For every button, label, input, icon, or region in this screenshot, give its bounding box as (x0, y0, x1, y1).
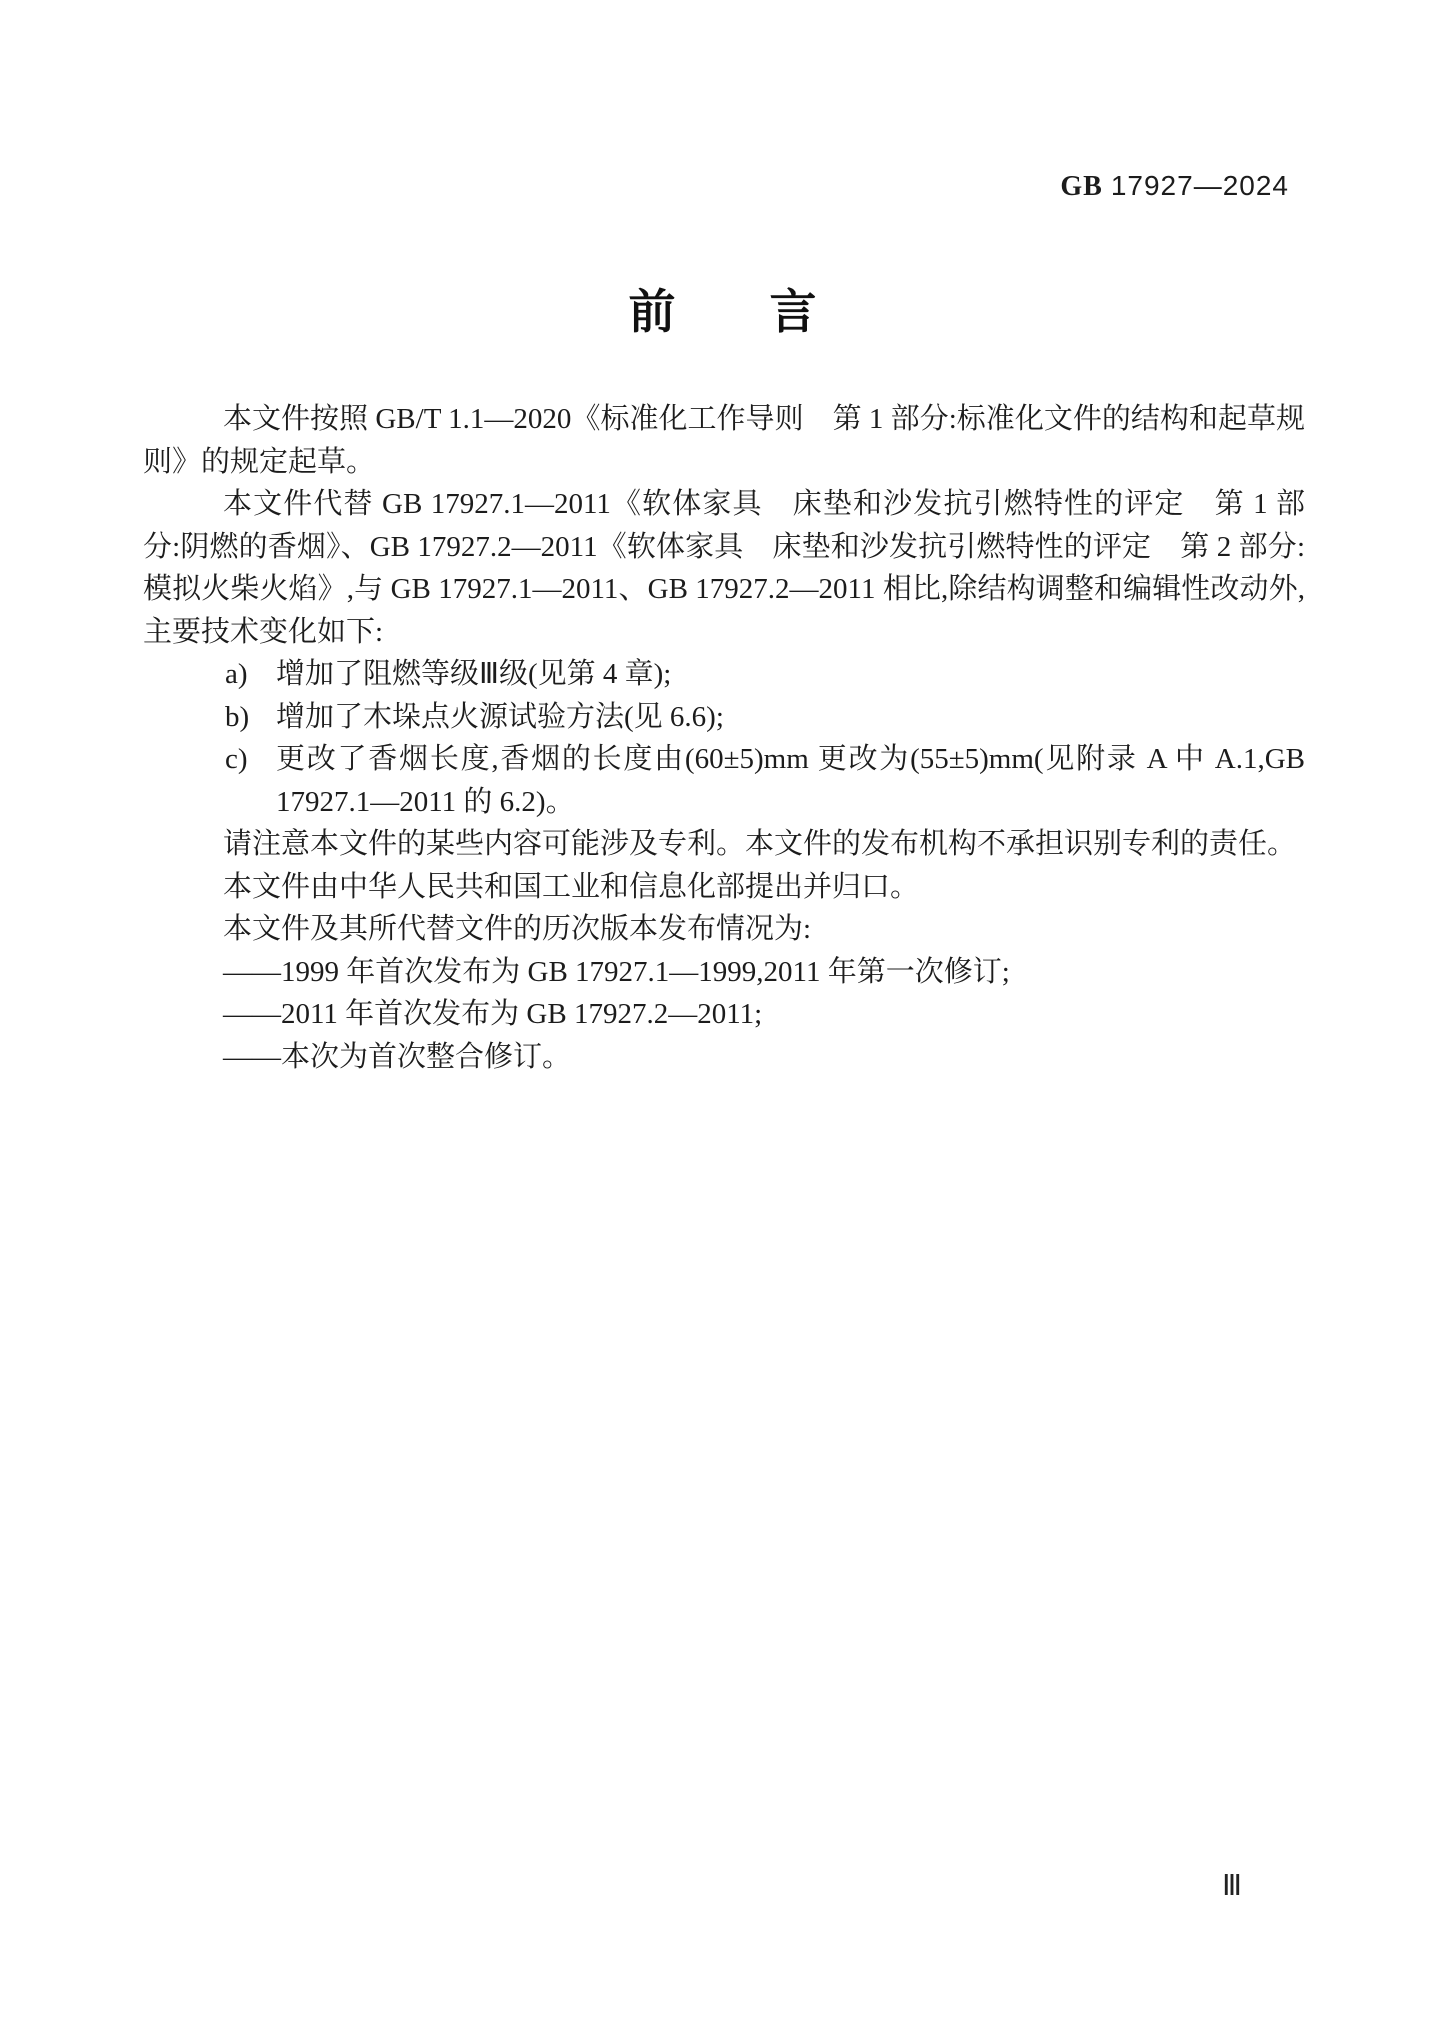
foreword-title: 前 言 (0, 284, 1445, 340)
paragraph-drafting: 本文件按照 GB/T 1.1—2020《标准化工作导则 第 1 部分:标准化文件… (143, 398, 1305, 483)
page-number: Ⅲ (1222, 1868, 1242, 1903)
paragraph-issuer: 本文件由中华人民共和国工业和信息化部提出并归口。 (143, 866, 1305, 909)
history-item-1999: ——1999 年首次发布为 GB 17927.1—1999,2011 年第一次修… (223, 951, 1305, 994)
document-page: GB 17927—2024 前 言 本文件按照 GB/T 1.1—2020《标准… (0, 0, 1445, 2043)
change-item-a: a) 增加了阻燃等级Ⅲ级(见第 4 章); (143, 653, 1305, 696)
change-item-a-marker: a) (225, 653, 248, 696)
change-item-b: b) 增加了木垛点火源试验方法(见 6.6); (143, 696, 1305, 739)
standard-prefix: GB (1060, 171, 1102, 202)
paragraph-replacement: 本文件代替 GB 17927.1—2011《软体家具 床垫和沙发抗引燃特性的评定… (143, 483, 1305, 653)
change-item-c-text: 更改了香烟长度,香烟的长度由(60±5)mm 更改为(55±5)mm(见附录 A… (276, 743, 1305, 818)
change-item-a-text: 增加了阻燃等级Ⅲ级(见第 4 章); (276, 658, 671, 690)
paragraph-history-intro: 本文件及其所代替文件的历次版本发布情况为: (143, 908, 1305, 951)
history-item-current: ——本次为首次整合修订。 (223, 1036, 1305, 1079)
change-item-b-marker: b) (225, 696, 249, 739)
change-item-b-text: 增加了木垛点火源试验方法(见 6.6); (276, 701, 724, 733)
history-item-2011: ——2011 年首次发布为 GB 17927.2—2011; (223, 993, 1305, 1036)
foreword-body: 本文件按照 GB/T 1.1—2020《标准化工作导则 第 1 部分:标准化文件… (143, 398, 1305, 1078)
standard-number: 17927—2024 (1111, 170, 1289, 201)
change-item-c-marker: c) (225, 738, 248, 781)
paragraph-patent: 请注意本文件的某些内容可能涉及专利。本文件的发布机构不承担识别专利的责任。 (143, 823, 1305, 866)
standard-code-header: GB 17927—2024 (1060, 170, 1289, 203)
change-item-c: c) 更改了香烟长度,香烟的长度由(60±5)mm 更改为(55±5)mm(见附… (143, 738, 1305, 823)
